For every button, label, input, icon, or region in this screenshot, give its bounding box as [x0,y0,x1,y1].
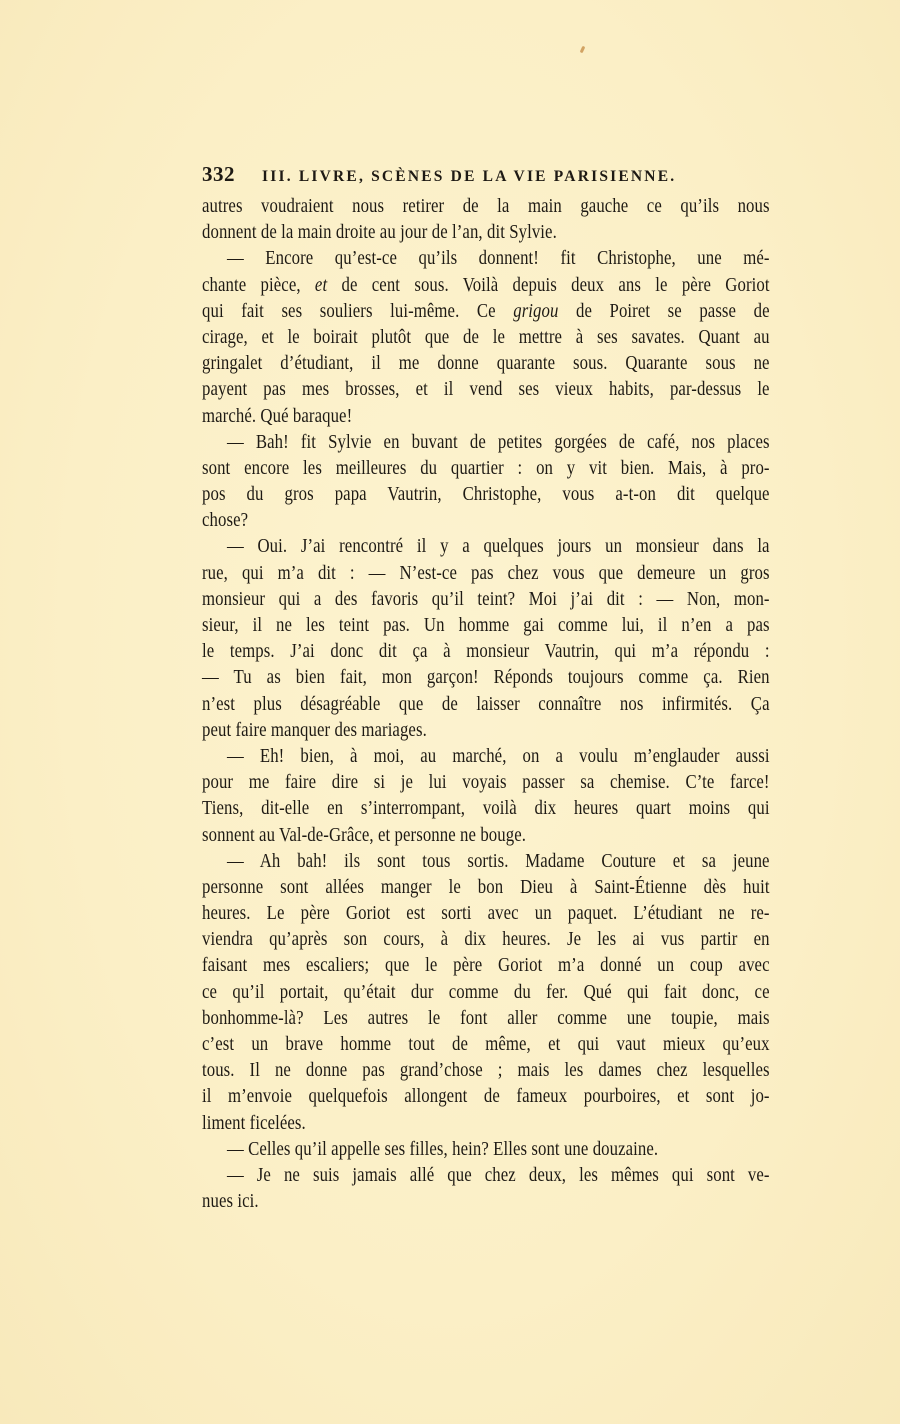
text-line: — Ah bah! ils sont tous sortis. Madame C… [202,849,770,875]
text-line: — Eh! bien, à moi, au marché, on a voulu… [202,744,770,770]
page-header: 332 III. LIVRE, SCÈNES DE LA VIE PARISIE… [202,162,772,188]
text-line: liment ficelées. [202,1111,770,1137]
text-run: chante pièce, [202,275,315,296]
text-line: sonnent au Val-de-Grâce, et personne ne … [202,823,770,849]
text-run: de Poiret se passe de [558,301,769,322]
italic-word: grigou [513,301,558,322]
text-line: pos du gros papa Vautrin, Christophe, vo… [202,482,770,508]
running-head: III. LIVRE, SCÈNES DE LA VIE PARISIENNE. [262,168,676,186]
text-line: faisant mes escaliers; que le père Gorio… [202,953,770,979]
text-line: — Tu as bien fait, mon garçon! Réponds t… [202,665,770,691]
text-line: donnent de la main droite au jour de l’a… [202,220,770,246]
text-line: chose? [202,508,770,534]
paper-speck [580,46,586,54]
text-line: c’est un brave homme tout de même, et qu… [202,1032,770,1058]
text-line: gringalet d’étudiant, il me donne quaran… [202,351,770,377]
text-line: marché. Qué baraque! [202,404,770,430]
text-line: rue, qui m’a dit : — N’est-ce pas chez v… [202,561,770,587]
page-number: 332 [202,162,262,187]
text-line: cirage, et le boirait plutôt que de le m… [202,325,770,351]
text-line: chante pièce, et de cent sous. Voilà dep… [202,273,770,299]
book-page: 332 III. LIVRE, SCÈNES DE LA VIE PARISIE… [0,0,900,1424]
text-line: monsieur qui a des favoris qu’il teint? … [202,587,770,613]
text-line: nues ici. [202,1189,770,1215]
text-line: heures. Le père Goriot est sorti avec un… [202,901,770,927]
text-line: pour me faire dire si je lui voyais pass… [202,770,770,796]
text-line: — Je ne suis jamais allé que chez deux, … [202,1163,770,1189]
text-line: viendra qu’après son cours, à dix heures… [202,927,770,953]
italic-word: et [315,275,327,296]
text-line: sieur, il ne les teint pas. Un homme gai… [202,613,770,639]
text-line: le temps. J’ai donc dit ça à monsieur Va… [202,639,770,665]
text-run: de cent sous. Voilà depuis deux ans le p… [327,275,769,296]
text-line: bonhomme-là? Les autres le font aller co… [202,1006,770,1032]
text-line: autres voudraient nous retirer de la mai… [202,194,770,220]
text-line: peut faire manquer des mariages. [202,718,770,744]
text-line: sont encore les meilleures du quartier :… [202,456,770,482]
text-line: Tiens, dit-elle en s’interrompant, voilà… [202,796,770,822]
body-text: autres voudraient nous retirer de la mai… [202,194,770,1215]
text-line: — Bah! fit Sylvie en buvant de petites g… [202,430,770,456]
text-line: il m’envoie quelquefois allongent de fam… [202,1084,770,1110]
text-run: qui fait ses souliers lui-même. Ce [202,301,513,322]
text-line: payent pas mes brosses, et il vend ses v… [202,377,770,403]
text-line: ce qu’il portait, qu’était dur comme du … [202,980,770,1006]
text-line: qui fait ses souliers lui-même. Ce grigo… [202,299,770,325]
text-line: personne sont allées manger le bon Dieu … [202,875,770,901]
text-line: — Celles qu’il appelle ses filles, hein?… [202,1137,770,1163]
text-line: tous. Il ne donne pas grand’chose ; mais… [202,1058,770,1084]
text-line: — Encore qu’est-ce qu’ils donnent! fit C… [202,246,770,272]
text-line: n’est plus désagréable que de laisser co… [202,692,770,718]
text-line: — Oui. J’ai rencontré il y a quelques jo… [202,534,770,560]
